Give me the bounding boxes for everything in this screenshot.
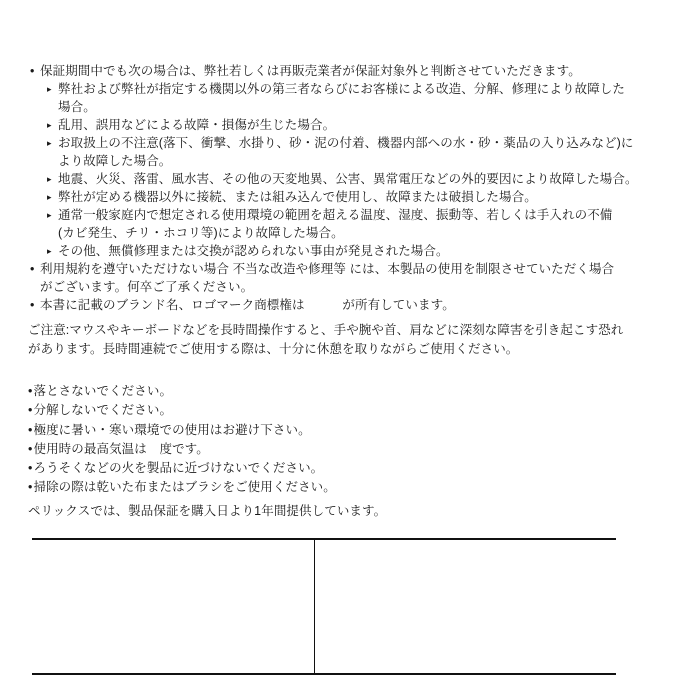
list-item-text: 分解しないでください。	[33, 403, 172, 417]
list-item-text: 利用規約を遵守いただけない場合 不当な改造や修理等 には、本製品の使用を制限させ…	[40, 260, 652, 278]
triangle-bullet-icon: ▸	[47, 80, 52, 98]
list-item: • 保証期間中でも次の場合は、弊社若しくは再販売業者が保証対象外と判断させていた…	[28, 62, 652, 80]
list-item-text: 乱用、誤用などによる故障・損傷が生じた場合。	[58, 116, 652, 134]
bullet-icon: •	[28, 480, 32, 494]
list-item: •極度に暑い・寒い環境での使用はお避け下さい。	[28, 421, 652, 440]
caution-text: ご注意:マウスやキーボードなどを長時間操作すると、手や腕や首、肩などに深刻な障害…	[28, 321, 652, 340]
triangle-bullet-icon: ▸	[47, 134, 52, 152]
exclusions-sub-list: ▸ 弊社および弊社が指定する機関以外の第三者ならびにお客様による改造、分解、修理…	[28, 80, 652, 260]
triangle-bullet-icon: ▸	[47, 206, 52, 224]
exclusions-intro-text: 保証期間中でも次の場合は、弊社若しくは再販売業者が保証対象外と判断させていただき…	[40, 62, 652, 80]
list-item-text: より故障した場合。	[58, 152, 652, 170]
bullet-icon: •	[28, 403, 32, 417]
list-item-text: (カビ発生、チリ・ホコリ等)により故障した場合。	[58, 224, 652, 242]
list-item-text: 地震、火災、落雷、風水害、その他の天変地異、公害、異常電圧などの外的要因により故…	[58, 170, 652, 188]
list-item: •ろうそくなどの火を製品に近づけないでください。	[28, 459, 652, 478]
triangle-bullet-icon: ▸	[47, 242, 52, 260]
list-item-text: 通常一般家庭内で想定される使用環境の範囲を超える温度、湿度、振動等、若しくは手入…	[58, 206, 652, 224]
bullet-icon: •	[30, 260, 34, 278]
list-item-text: 弊社が定める機器以外に接続、または組み込んで使用し、故障または破損した場合。	[58, 188, 652, 206]
list-item: ▸ 弊社および弊社が指定する機関以外の第三者ならびにお客様による改造、分解、修理…	[28, 80, 652, 116]
list-item-text: 使用時の最高気温は 度です。	[33, 442, 208, 456]
list-item: ▸ 乱用、誤用などによる故障・損傷が生じた場合。	[28, 116, 652, 134]
list-item: ▸ その他、無償修理または交換が認められない事由が発見された場合。	[28, 242, 652, 260]
document-content: • 保証期間中でも次の場合は、弊社若しくは再販売業者が保証対象外と判断させていた…	[28, 62, 652, 521]
empty-two-column-table	[32, 538, 616, 675]
list-item: •落とさないでください。	[28, 382, 652, 401]
trademark-item: • 本書に記載のブランド名、ロゴマーク商標権は が所有しています。	[28, 296, 652, 314]
list-item: •分解しないでください。	[28, 401, 652, 420]
handling-precautions-list: •落とさないでください。 •分解しないでください。 •極度に暑い・寒い環境での使…	[28, 382, 652, 498]
list-item-text: その他、無償修理または交換が認められない事由が発見された場合。	[58, 242, 652, 260]
list-item: ▸ 地震、火災、落雷、風水害、その他の天変地異、公害、異常電圧などの外的要因によ…	[28, 170, 652, 188]
triangle-bullet-icon: ▸	[47, 170, 52, 188]
list-item-text: 本書に記載のブランド名、ロゴマーク商標権は が所有しています。	[40, 296, 652, 314]
triangle-bullet-icon: ▸	[47, 188, 52, 206]
list-item: •掃除の際は乾いた布またはブラシをご使用ください。	[28, 478, 652, 497]
list-item-text: がございます。何卒ご了承ください。	[40, 278, 652, 296]
terms-restriction-item: • 利用規約を遵守いただけない場合 不当な改造や修理等 には、本製品の使用を制限…	[28, 260, 652, 296]
warranty-exclusions-list: • 保証期間中でも次の場合は、弊社若しくは再販売業者が保証対象外と判断させていた…	[28, 62, 652, 314]
warranty-document-page: • 保証期間中でも次の場合は、弊社若しくは再販売業者が保証対象外と判断させていた…	[0, 0, 680, 680]
caution-paragraph: ご注意:マウスやキーボードなどを長時間操作すると、手や腕や首、肩などに深刻な障害…	[28, 321, 652, 359]
warranty-period-note: ペリックスでは、製品保証を購入日より1年間提供しています。	[28, 502, 652, 521]
table-cell-left	[32, 540, 315, 673]
bullet-icon: •	[28, 442, 32, 456]
list-item-text: 極度に暑い・寒い環境での使用はお避け下さい。	[33, 423, 310, 437]
list-item-text: 弊社および弊社が指定する機関以外の第三者ならびにお客様による改造、分解、修理によ…	[58, 80, 652, 98]
list-item: ▸ お取扱上の不注意(落下、衝撃、水掛り、砂・泥の付着、機器内部への水・砂・薬品…	[28, 134, 652, 170]
bullet-icon: •	[30, 296, 34, 314]
list-item: ▸ 通常一般家庭内で想定される使用環境の範囲を超える温度、湿度、振動等、若しくは…	[28, 206, 652, 242]
triangle-bullet-icon: ▸	[47, 116, 52, 134]
table-cell-right	[315, 540, 616, 673]
list-item-text: お取扱上の不注意(落下、衝撃、水掛り、砂・泥の付着、機器内部への水・砂・薬品の入…	[58, 134, 652, 152]
caution-text: があります。長時間連続でご使用する際は、十分に休憩を取りながらご使用ください。	[28, 340, 652, 359]
list-item-text: 落とさないでください。	[33, 384, 172, 398]
bullet-icon: •	[30, 62, 34, 80]
bullet-icon: •	[28, 461, 32, 475]
list-item: ▸ 弊社が定める機器以外に接続、または組み込んで使用し、故障または破損した場合。	[28, 188, 652, 206]
bullet-icon: •	[28, 384, 32, 398]
list-item-text: 場合。	[58, 98, 652, 116]
bullet-icon: •	[28, 423, 32, 437]
list-item: •使用時の最高気温は 度です。	[28, 440, 652, 459]
list-item-text: ろうそくなどの火を製品に近づけないでください。	[33, 461, 323, 475]
list-item-text: 掃除の際は乾いた布またはブラシをご使用ください。	[33, 480, 335, 494]
